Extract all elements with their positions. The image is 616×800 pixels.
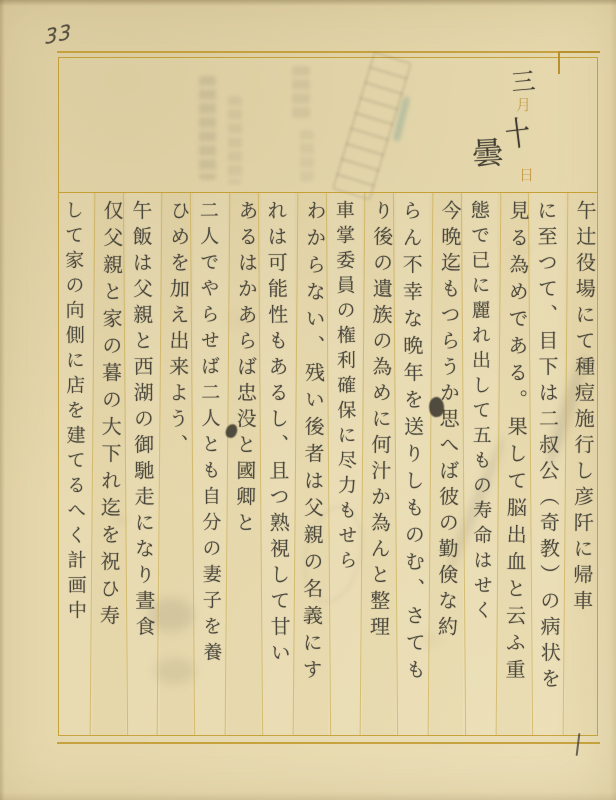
text-column: 態で已に麗れ出して五もの寿命はせく (461, 193, 499, 736)
printed-day-label: 日 (519, 164, 534, 185)
text-column: 午飯は父親と西湖の御馳走になり晝食 (122, 193, 160, 736)
text-column: 午辻役場にて種痘施行し彦阡に帰車 (563, 193, 602, 736)
top-outer-rule (57, 51, 600, 53)
descender-stroke (576, 733, 581, 756)
date-corner-bracket (558, 51, 600, 53)
text-column: れは可能性もあるし、且つ熟視して甘い (258, 193, 296, 736)
handwritten-month-value: 三 (510, 61, 537, 98)
text-column: 仅父親と家の暮の大下れ迄を祝ひ寿 (89, 193, 128, 736)
text-column: 二人でやらせば二人とも自分の妻子を養 (190, 193, 228, 736)
text-column: 今晩迄もつらうか思へば彼の勤倹な約 (428, 193, 467, 736)
text-column: り後の遺族の為めに何汁か為んと整理 (360, 193, 399, 736)
text-column: して家の向側に店を建てるへく計画中 (56, 193, 93, 736)
text-column: 見る為めである。果して脳出血と云ふ重 (495, 193, 534, 736)
bottom-outer-rule (57, 742, 600, 744)
date-corner-bracket (558, 51, 560, 74)
text-column: に至つて、目下は二叔公（奇教）の病状を (528, 193, 566, 736)
weather-mark: 曇 (471, 127, 504, 174)
page-number: 33 (45, 19, 73, 49)
text-column: あるはかあらば忠没と國卿と (225, 193, 264, 736)
text-column: 車掌委員の権利確保に尽力もせら (325, 193, 363, 736)
text-grid: 午辻役場にて種痘施行し彦阡に帰車 に至つて、目下は二叔公（奇教）の病状を 見る為… (58, 192, 598, 736)
text-column: わからない、残い後者は父親の名義にす (292, 193, 331, 736)
text-column: ひめを加え出来よう、 (157, 193, 196, 736)
text-column: らん不幸な晩年を送りしものむ、さても (393, 193, 431, 736)
